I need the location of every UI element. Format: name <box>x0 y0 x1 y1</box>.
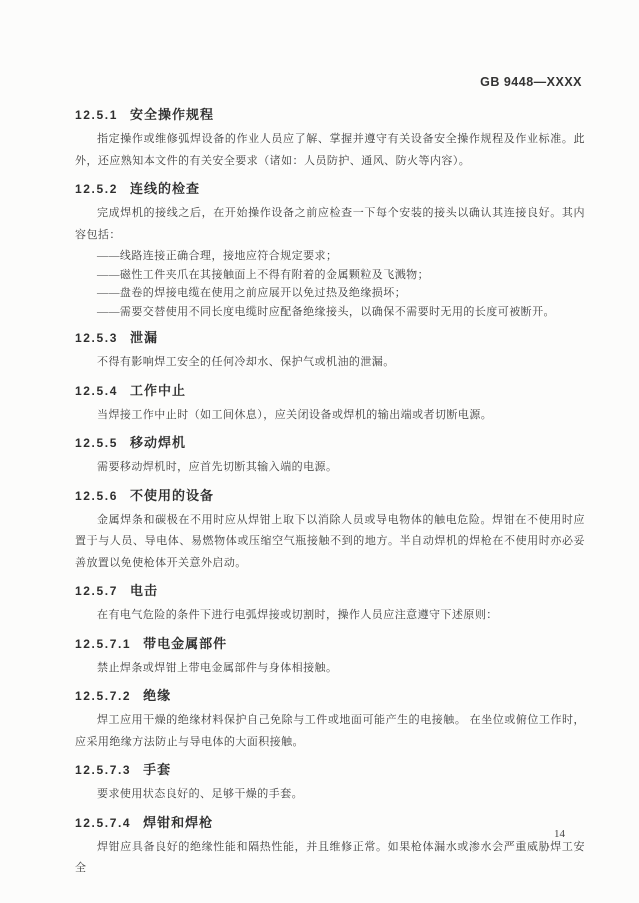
page-number: 14 <box>554 828 565 840</box>
section-heading: 12.5.7.1 带电金属部件 <box>75 633 585 655</box>
section-heading: 12.5.7.2 绝缘 <box>75 685 585 707</box>
section-heading: 12.5.3 泄漏 <box>75 327 585 349</box>
dash-list-item: ——需要交替使用不同长度电缆时应配备绝缘接头，以确保不需要时无用的长度可被断开。 <box>75 303 585 322</box>
section-12-5-2: 12.5.2 连线的检查 完成焊机的接线之后，在开始操作设备之前应检查一下每个安… <box>75 178 585 321</box>
dash-list: ——线路连接正确合理，接地应符合规定要求； ——磁性工件夹爪在其接触面上不得有附… <box>75 247 585 321</box>
section-title: 焊钳和焊枪 <box>143 812 213 833</box>
section-heading: 12.5.4 工作中止 <box>75 380 585 402</box>
section-12-5-7-4: 12.5.7.4 焊钳和焊枪 焊钳应具备良好的绝缘性能和隔热性能，并且维修正常。… <box>75 812 585 880</box>
section-number: 12.5.2 <box>75 179 118 200</box>
paragraph: 在有电气危险的条件下进行电弧焊接或切割时，操作人员应注意遵守下述原则： <box>75 605 585 627</box>
section-title: 不使用的设备 <box>130 485 214 506</box>
section-heading: 12.5.7.4 焊钳和焊枪 <box>75 812 585 834</box>
section-heading: 12.5.7 电击 <box>75 580 585 602</box>
section-title: 工作中止 <box>130 380 186 401</box>
section-12-5-3: 12.5.3 泄漏 不得有影响焊工安全的任何冷却水、保护气或机油的泄漏。 <box>75 327 585 374</box>
paragraph: 禁止焊条或焊钳上带电金属部件与身体相接触。 <box>75 658 585 680</box>
section-title: 移动焊机 <box>130 432 186 453</box>
section-title: 泄漏 <box>130 327 158 348</box>
paragraph: 焊工应用干燥的绝缘材料保护自己免除与工件或地面可能产生的电接触。 在坐位或俯位工… <box>75 710 585 753</box>
section-heading: 12.5.7.3 手套 <box>75 759 585 781</box>
section-number: 12.5.7 <box>75 581 118 602</box>
section-number: 12.5.7.4 <box>75 813 131 834</box>
dash-list-item: ——盘卷的焊接电缆在使用之前应展开以免过热及绝缘损坏； <box>75 284 585 303</box>
section-number: 12.5.7.3 <box>75 760 131 781</box>
section-title: 带电金属部件 <box>143 633 227 654</box>
dash-list-item: ——线路连接正确合理，接地应符合规定要求； <box>75 247 585 266</box>
section-number: 12.5.7.1 <box>75 634 131 655</box>
section-12-5-1: 12.5.1 安全操作规程 指定操作或维修弧焊设备的作业人员应了解、掌握并遵守有… <box>75 104 585 172</box>
section-number: 12.5.3 <box>75 328 118 349</box>
section-number: 12.5.4 <box>75 381 118 402</box>
section-12-5-7: 12.5.7 电击 在有电气危险的条件下进行电弧焊接或切割时，操作人员应注意遵守… <box>75 580 585 627</box>
section-12-5-7-1: 12.5.7.1 带电金属部件 禁止焊条或焊钳上带电金属部件与身体相接触。 <box>75 633 585 680</box>
section-number: 12.5.5 <box>75 433 118 454</box>
section-heading: 12.5.1 安全操作规程 <box>75 104 585 126</box>
section-heading: 12.5.2 连线的检查 <box>75 178 585 200</box>
paragraph: 指定操作或维修弧焊设备的作业人员应了解、掌握并遵守有关设备安全操作规程及作业标准… <box>75 129 585 172</box>
section-12-5-6: 12.5.6 不使用的设备 金属焊条和碳极在不用时应从焊钳上取下以消除人员或导电… <box>75 485 585 575</box>
paragraph: 需要移动焊机时，应首先切断其输入端的电源。 <box>75 457 585 479</box>
paragraph: 金属焊条和碳极在不用时应从焊钳上取下以消除人员或导电物体的触电危险。焊钳在不使用… <box>75 510 585 575</box>
section-number: 12.5.1 <box>75 105 118 126</box>
section-title: 手套 <box>143 759 171 780</box>
document-page: GB 9448—XXXX 12.5.1 安全操作规程 指定操作或维修弧焊设备的作… <box>0 0 639 903</box>
page-content: 12.5.1 安全操作规程 指定操作或维修弧焊设备的作业人员应了解、掌握并遵守有… <box>75 98 585 880</box>
section-title: 连线的检查 <box>130 178 200 199</box>
section-12-5-7-2: 12.5.7.2 绝缘 焊工应用干燥的绝缘材料保护自己免除与工件或地面可能产生的… <box>75 685 585 753</box>
paragraph: 要求使用状态良好的、足够干燥的手套。 <box>75 784 585 806</box>
paragraph: 不得有影响焊工安全的任何冷却水、保护气或机油的泄漏。 <box>75 352 585 374</box>
section-number: 12.5.7.2 <box>75 686 131 707</box>
section-12-5-5: 12.5.5 移动焊机 需要移动焊机时，应首先切断其输入端的电源。 <box>75 432 585 479</box>
section-title: 电击 <box>130 580 158 601</box>
section-title: 安全操作规程 <box>130 104 214 125</box>
section-title: 绝缘 <box>143 685 171 706</box>
section-heading: 12.5.6 不使用的设备 <box>75 485 585 507</box>
dash-list-item: ——磁性工件夹爪在其接触面上不得有附着的金属颗粒及飞溅物； <box>75 266 585 285</box>
paragraph: 当焊接工作中止时（如工间休息），应关闭设备或焊机的输出端或者切断电源。 <box>75 405 585 427</box>
section-12-5-7-3: 12.5.7.3 手套 要求使用状态良好的、足够干燥的手套。 <box>75 759 585 806</box>
section-heading: 12.5.5 移动焊机 <box>75 432 585 454</box>
section-12-5-4: 12.5.4 工作中止 当焊接工作中止时（如工间休息），应关闭设备或焊机的输出端… <box>75 380 585 427</box>
section-number: 12.5.6 <box>75 486 118 507</box>
standard-code-header: GB 9448—XXXX <box>75 75 582 89</box>
paragraph: 完成焊机的接线之后，在开始操作设备之前应检查一下每个安装的接头以确认其连接良好。… <box>75 203 585 246</box>
paragraph: 焊钳应具备良好的绝缘性能和隔热性能，并且维修正常。如果枪体漏水或渗水会严重威胁焊… <box>75 837 585 880</box>
